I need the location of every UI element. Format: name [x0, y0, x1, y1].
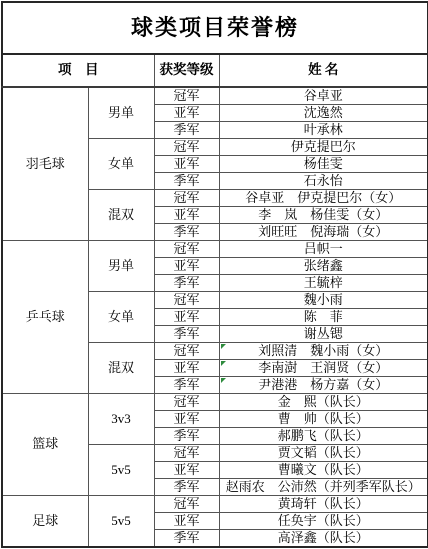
- winner-name-cell: 谷卓亚: [219, 87, 428, 105]
- honor-table-body: 羽毛球男单冠军谷卓亚亚军沈逸然季军叶承林女单冠军伊克提巴尔亚军杨佳雯季军石永怡混…: [2, 87, 428, 547]
- sport-cell: 篮球: [2, 393, 88, 495]
- winner-name-cell: 李 岚 杨佳雯（女）: [219, 206, 428, 223]
- award-level-cell: 亚军: [154, 156, 219, 173]
- award-level-cell: 季军: [154, 478, 219, 495]
- column-header-project: 项 目: [2, 54, 154, 87]
- winner-name-cell: 李南澍 王润贤（女）: [219, 359, 428, 376]
- category-cell: 男单: [88, 87, 154, 139]
- table-row: 羽毛球男单冠军谷卓亚: [2, 87, 428, 105]
- column-header-row: 项 目 获奖等级 姓 名: [2, 54, 428, 87]
- column-header-name: 姓 名: [219, 54, 428, 87]
- winner-name-cell: 郝鹏飞（队长）: [219, 427, 428, 444]
- honor-board-sheet: 球类项目荣誉榜 项 目 获奖等级 姓 名 羽毛球男单冠军谷卓亚亚军沈逸然季军叶承…: [0, 0, 428, 549]
- award-level-cell: 冠军: [154, 189, 219, 206]
- award-level-cell: 季军: [154, 529, 219, 547]
- award-level-cell: 亚军: [154, 461, 219, 478]
- honor-table: 球类项目荣誉榜 项 目 获奖等级 姓 名 羽毛球男单冠军谷卓亚亚军沈逸然季军叶承…: [1, 1, 428, 548]
- comment-corner-marker-icon: [221, 344, 226, 349]
- award-level-cell: 亚军: [154, 359, 219, 376]
- award-level-cell: 冠军: [154, 342, 219, 359]
- winner-name-cell: 刘照清 魏小雨（女）: [219, 342, 428, 359]
- winner-name-cell: 金 熙（队长）: [219, 393, 428, 410]
- award-level-cell: 亚军: [154, 257, 219, 274]
- category-cell: 3v3: [88, 393, 154, 444]
- winner-name-cell: 黄琦轩（队长）: [219, 495, 428, 512]
- winner-name-cell: 刘旺旺 倪海瑞（女）: [219, 223, 428, 240]
- award-level-cell: 季军: [154, 376, 219, 393]
- winner-name-cell: 魏小雨: [219, 291, 428, 308]
- award-level-cell: 亚军: [154, 308, 219, 325]
- winner-name-cell: 王毓梓: [219, 274, 428, 291]
- award-level-cell: 季军: [154, 122, 219, 139]
- winner-name-cell: 叶承林: [219, 122, 428, 139]
- award-level-cell: 季军: [154, 172, 219, 189]
- award-level-cell: 冠军: [154, 87, 219, 105]
- category-cell: 男单: [88, 240, 154, 291]
- winner-name-cell: 张绪鑫: [219, 257, 428, 274]
- winner-name-cell: 曹 帅（队长）: [219, 410, 428, 427]
- award-level-cell: 亚军: [154, 512, 219, 529]
- category-cell: 女单: [88, 139, 154, 190]
- winner-name-cell: 赵雨农 公沛然（并列季军队长）: [219, 478, 428, 495]
- winner-name-cell: 沈逸然: [219, 105, 428, 122]
- category-cell: 混双: [88, 189, 154, 240]
- category-cell: 5v5: [88, 444, 154, 495]
- award-level-cell: 季军: [154, 427, 219, 444]
- winner-name-cell: 高泽鑫（队长）: [219, 529, 428, 547]
- winner-name-cell: 任奂宇（队长）: [219, 512, 428, 529]
- winner-name-cell: 尹港港 杨方嘉（女）: [219, 376, 428, 393]
- sport-cell: 乒乓球: [2, 240, 88, 393]
- award-level-cell: 季军: [154, 325, 219, 342]
- table-row: 足球5v5冠军黄琦轩（队长）: [2, 495, 428, 512]
- award-level-cell: 冠军: [154, 495, 219, 512]
- award-level-cell: 亚军: [154, 206, 219, 223]
- page-title: 球类项目荣誉榜: [2, 2, 428, 54]
- comment-corner-marker-icon: [221, 361, 226, 366]
- winner-name-cell: 伊克提巴尔: [219, 139, 428, 156]
- category-cell: 5v5: [88, 495, 154, 547]
- winner-name-cell: 石永怡: [219, 172, 428, 189]
- comment-corner-marker-icon: [221, 378, 226, 383]
- award-level-cell: 季军: [154, 223, 219, 240]
- winner-name-cell: 杨佳雯: [219, 156, 428, 173]
- sport-cell: 羽毛球: [2, 87, 88, 240]
- award-level-cell: 冠军: [154, 393, 219, 410]
- award-level-cell: 亚军: [154, 410, 219, 427]
- award-level-cell: 冠军: [154, 291, 219, 308]
- award-level-cell: 冠军: [154, 139, 219, 156]
- sport-cell: 足球: [2, 495, 88, 547]
- award-level-cell: 冠军: [154, 240, 219, 257]
- table-row: 乒乓球男单冠军吕帜一: [2, 240, 428, 257]
- title-row: 球类项目荣誉榜: [2, 2, 428, 54]
- winner-name-cell: 曹曦文（队长）: [219, 461, 428, 478]
- winner-name-cell: 贾文韬（队长）: [219, 444, 428, 461]
- winner-name-cell: 谢丛锶: [219, 325, 428, 342]
- award-level-cell: 冠军: [154, 444, 219, 461]
- winner-name-cell: 谷卓亚 伊克提巴尔（女）: [219, 189, 428, 206]
- table-row: 篮球3v3冠军金 熙（队长）: [2, 393, 428, 410]
- award-level-cell: 亚军: [154, 105, 219, 122]
- category-cell: 女单: [88, 291, 154, 342]
- winner-name-cell: 陈 菲: [219, 308, 428, 325]
- award-level-cell: 季军: [154, 274, 219, 291]
- column-header-level: 获奖等级: [154, 54, 219, 87]
- category-cell: 混双: [88, 342, 154, 393]
- winner-name-cell: 吕帜一: [219, 240, 428, 257]
